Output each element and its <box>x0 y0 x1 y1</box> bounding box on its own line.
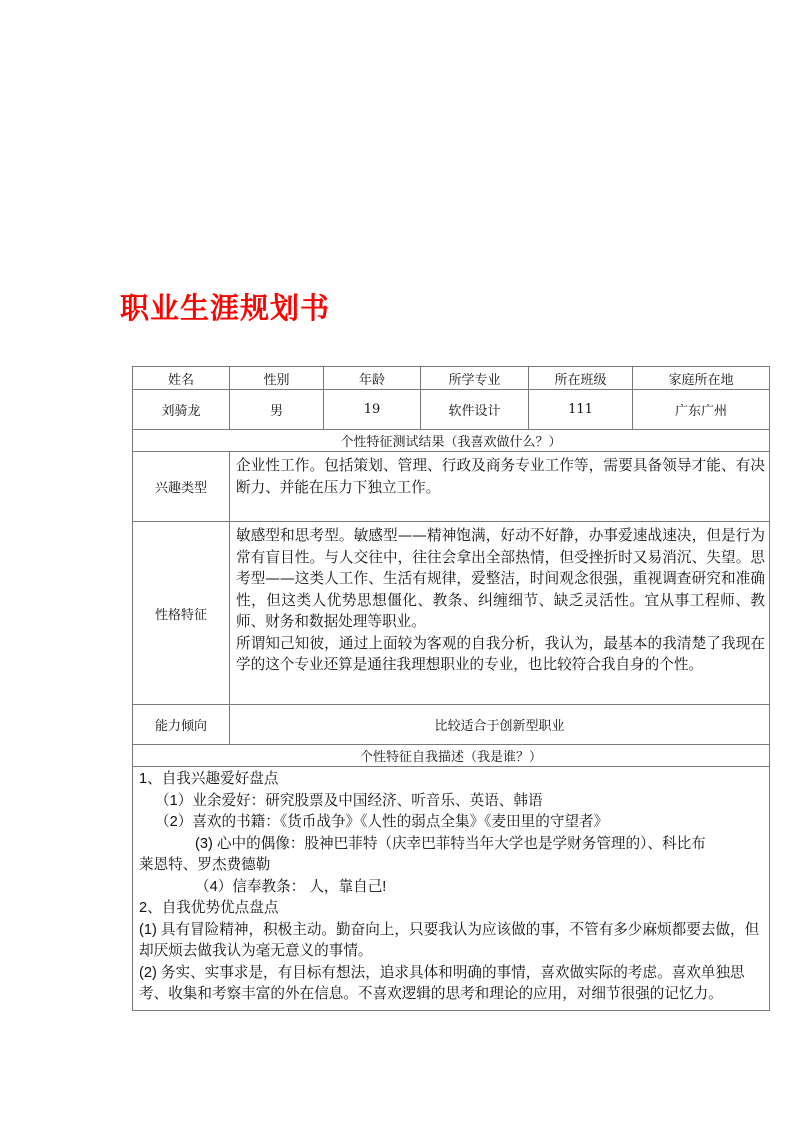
self-description-row: 1、自我兴趣爱好盘点 （1）业余爱好：研究股票及中国经济、听音乐、英语、韩语 （… <box>133 767 770 1011</box>
personality-paragraph-2: 所谓知己知彼，通过上面较为客观的自我分析，我认为，最基本的我清楚了我现在学的这个… <box>236 633 765 676</box>
interest-text: 企业性工作。包括策划、管理、行政及商务专业工作等，需要具备领导才能、有决断力、并… <box>230 452 770 522</box>
ability-text: 比较适合于创新型职业 <box>230 705 770 745</box>
interest-label: 兴趣类型 <box>133 452 230 522</box>
personality-text: 敏感型和思考型。敏感型——精神饱满，好动不好静，办事爱速战速决，但是行为常有盲目… <box>230 522 770 705</box>
interest-row: 兴趣类型 企业性工作。包括策划、管理、行政及商务专业工作等，需要具备领导才能、有… <box>133 452 770 522</box>
strength-item-1: (1) 具有冒险精神，积极主动。勤奋向上，只要我认为应该做的事，不管有多少麻烦都… <box>139 920 763 963</box>
value-gender: 男 <box>230 390 324 430</box>
hobby-item-1: （1）业余爱好：研究股票及中国经济、听音乐、英语、韩语 <box>139 791 763 813</box>
value-class: 111 <box>529 390 633 430</box>
hobby-item-4: （4）信奉教条： 人，靠自己! <box>139 877 763 899</box>
strengths-heading: 2、自我优势优点盘点 <box>139 898 763 920</box>
values-row: 刘骑龙 男 19 软件设计 111 广东广州 <box>133 390 770 430</box>
header-class: 所在班级 <box>529 367 633 390</box>
test-section-row: 个性特征测试结果（我喜欢做什么？） <box>133 430 770 452</box>
career-plan-table: 姓名 性别 年龄 所学专业 所在班级 家庭所在地 刘骑龙 男 19 软件设计 1… <box>132 366 770 1011</box>
header-hometown: 家庭所在地 <box>633 367 770 390</box>
ability-row: 能力倾向 比较适合于创新型职业 <box>133 705 770 745</box>
self-section-title: 个性特征自我描述（我是谁？） <box>133 745 770 767</box>
value-age: 19 <box>324 390 421 430</box>
header-gender: 性别 <box>230 367 324 390</box>
header-row: 姓名 性别 年龄 所学专业 所在班级 家庭所在地 <box>133 367 770 390</box>
personality-paragraph-1: 敏感型和思考型。敏感型——精神饱满，好动不好静，办事爱速战速决，但是行为常有盲目… <box>236 525 765 633</box>
hobby-item-3: (3) 心中的偶像：股神巴菲特（庆幸巴菲特当年大学也是学财务管理的）、科比布 <box>139 834 763 856</box>
header-major: 所学专业 <box>421 367 529 390</box>
hobby-item-2: （2）喜欢的书籍：《货币战争》《人性的弱点全集》《麦田里的守望者》 <box>139 812 763 834</box>
hobby-item-3-cont: 莱恩特、罗杰费德勒 <box>139 855 763 877</box>
ability-label: 能力倾向 <box>133 705 230 745</box>
self-description: 1、自我兴趣爱好盘点 （1）业余爱好：研究股票及中国经济、听音乐、英语、韩语 （… <box>133 767 770 1011</box>
header-name: 姓名 <box>133 367 230 390</box>
hobbies-heading: 1、自我兴趣爱好盘点 <box>139 769 763 791</box>
header-age: 年龄 <box>324 367 421 390</box>
personality-row: 性格特征 敏感型和思考型。敏感型——精神饱满，好动不好静，办事爱速战速决，但是行… <box>133 522 770 705</box>
value-name: 刘骑龙 <box>133 390 230 430</box>
strength-item-2: (2) 务实、实事求是，有目标有想法，追求具体和明确的事情，喜欢做实际的考虑。喜… <box>139 963 763 1006</box>
self-section-row: 个性特征自我描述（我是谁？） <box>133 745 770 767</box>
value-major: 软件设计 <box>421 390 529 430</box>
test-section-title: 个性特征测试结果（我喜欢做什么？） <box>133 430 770 452</box>
value-hometown: 广东广州 <box>633 390 770 430</box>
personality-label: 性格特征 <box>133 522 230 705</box>
document-title: 职业生涯规划书 <box>120 286 330 327</box>
